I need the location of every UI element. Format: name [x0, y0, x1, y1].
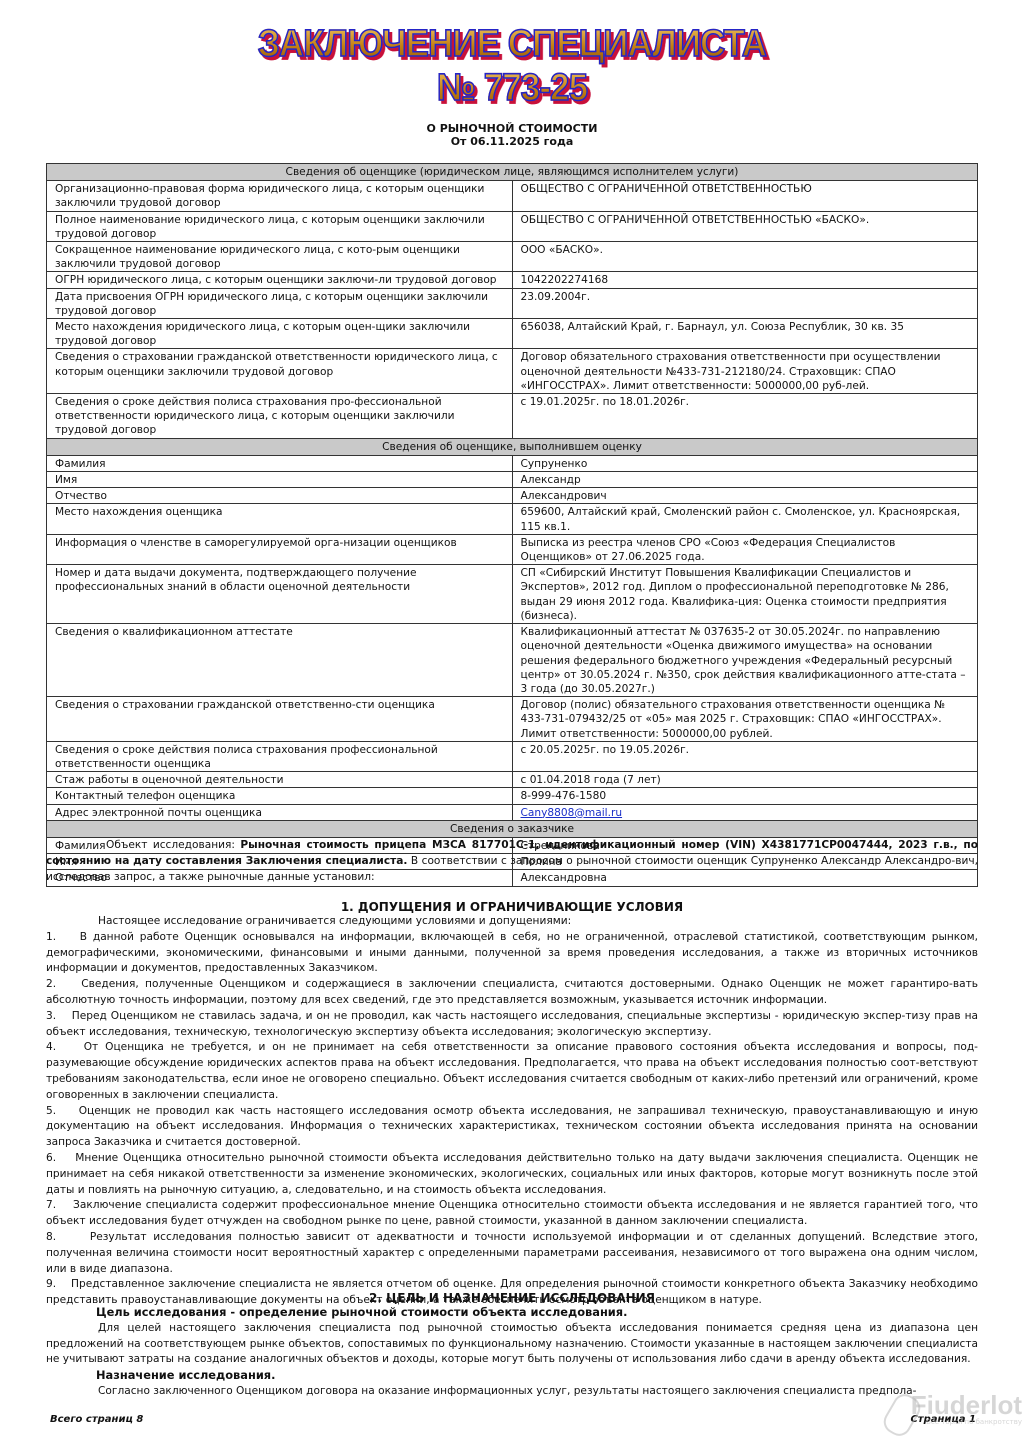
table-row: Номер и дата выдачи документа, подтвержд… — [47, 565, 978, 624]
table-row: Контактный телефон оценщика8-999-476-158… — [47, 788, 978, 804]
condition-item: 1. В данной работе Оценщик основывался н… — [46, 930, 978, 977]
row-label: Номер и дата выдачи документа, подтвержд… — [47, 565, 513, 624]
title-line-1: ЗАКЛЮЧЕНИЕ СПЕЦИАЛИСТА — [41, 22, 983, 66]
watermark-tagline: Все торги по банкротству — [911, 1418, 1022, 1427]
document-title: ЗАКЛЮЧЕНИЕ СПЕЦИАЛИСТА № 773-25 — [0, 22, 1024, 110]
condition-item: 6. Мнение Оценщика относительно рыночной… — [46, 1151, 978, 1198]
table-row: Сокращенное наименование юридического ли… — [47, 242, 978, 272]
row-value: Супруненко — [512, 455, 978, 471]
row-value: 659600, Алтайский край, Смоленский район… — [512, 504, 978, 534]
row-value: ОБЩЕСТВО С ОГРАНИЧЕННОЙ ОТВЕТСТВЕННОСТЬЮ… — [512, 211, 978, 241]
table-row: Место нахождения оценщика659600, Алтайск… — [47, 504, 978, 534]
goal-text: Для целей настоящего заключения специали… — [46, 1321, 978, 1368]
section-header-row: Сведения о заказчике — [47, 820, 978, 837]
row-label: Место нахождения юридического лица, с ко… — [47, 319, 513, 349]
table-row: ФамилияСупруненко — [47, 455, 978, 471]
row-label: Информация о членстве в саморегулируемой… — [47, 534, 513, 564]
watermark: Fiuderlot Все торги по банкротству — [911, 1392, 1022, 1427]
condition-item: 4. От Оценщика не требуется, и он не при… — [46, 1040, 978, 1103]
table-row: Информация о членстве в саморегулируемой… — [47, 534, 978, 564]
table-row: Стаж работы в оценочной деятельностис 01… — [47, 772, 978, 788]
row-label: Организационно-правовая форма юридическо… — [47, 181, 513, 211]
condition-item: 5. Оценщик не проводил как часть настоящ… — [46, 1104, 978, 1151]
row-label: Отчество — [47, 488, 513, 504]
table-row: Сведения о сроке действия полиса страхов… — [47, 394, 978, 439]
row-value: Договор (полис) обязательного страховани… — [512, 697, 978, 742]
table-row: Организационно-правовая форма юридическо… — [47, 181, 978, 211]
table-row: Сведения о квалификационном аттестатеКва… — [47, 624, 978, 697]
table-row: Сведения о страховании гражданской ответ… — [47, 697, 978, 742]
row-value: с 20.05.2025г. по 19.05.2026г. — [512, 741, 978, 771]
purpose-text: Согласно заключенного Оценщиком договора… — [46, 1384, 978, 1400]
row-value: Квалификационный аттестат № 037635-2 от … — [512, 624, 978, 697]
table-row: ОтчествоАлександрович — [47, 488, 978, 504]
row-label: Сведения о страховании гражданской ответ… — [47, 697, 513, 742]
watermark-brand: Fiuderlot — [911, 1392, 1022, 1418]
section-1-body: Настоящее исследование ограничивается сл… — [46, 914, 978, 1309]
table-row: Адрес электронной почты оценщикаCany8808… — [47, 804, 978, 820]
condition-item: 3. Перед Оценщиком не ставилась задача, … — [46, 1009, 978, 1041]
section-1-lead: Настоящее исследование ограничивается сл… — [46, 914, 978, 930]
table-row: ОГРН юридического лица, с которым оценщи… — [47, 272, 978, 288]
research-object-paragraph: Объект исследования: Рыночная стоимость … — [46, 838, 978, 885]
row-value: 1042202274168 — [512, 272, 978, 288]
row-label: Сокращенное наименование юридического ли… — [47, 242, 513, 272]
title-line-2: № 773-25 — [41, 66, 983, 110]
row-label: Адрес электронной почты оценщика — [47, 804, 513, 820]
info-table: Сведения об оценщике (юридическом лице, … — [46, 163, 978, 887]
goal-heading: Цель исследования - определение рыночной… — [46, 1305, 978, 1321]
total-pages: Всего страниц 8 — [50, 1414, 143, 1425]
row-value: с 01.04.2018 года (7 лет) — [512, 772, 978, 788]
row-value: 8-999-476-1580 — [512, 788, 978, 804]
table-row: ИмяАлександр — [47, 472, 978, 488]
condition-item: 7. Заключение специалиста содержит профе… — [46, 1198, 978, 1230]
row-label: Сведения о сроке действия полиса страхов… — [47, 394, 513, 439]
row-value: Выписка из реестра членов СРО «Союз «Фед… — [512, 534, 978, 564]
row-value: Александр — [512, 472, 978, 488]
row-label: Контактный телефон оценщика — [47, 788, 513, 804]
row-value: Александрович — [512, 488, 978, 504]
row-value: ООО «БАСКО». — [512, 242, 978, 272]
row-label: Дата присвоения ОГРН юридического лица, … — [47, 288, 513, 318]
email-link[interactable]: Cany8808@mail.ru — [521, 807, 623, 819]
row-value: 23.09.2004г. — [512, 288, 978, 318]
row-value: 656038, Алтайский Край, г. Барнаул, ул. … — [512, 319, 978, 349]
row-label: Имя — [47, 472, 513, 488]
condition-item: 8. Результат исследования полностью зави… — [46, 1230, 978, 1277]
condition-item: 2. Сведения, полученные Оценщиком и соде… — [46, 977, 978, 1009]
row-value: Договор обязательного страхования ответс… — [512, 349, 978, 394]
subtitle: О РЫНОЧНОЙ СТОИМОСТИ — [0, 122, 1024, 135]
date-line: От 06.11.2025 года — [0, 135, 1024, 148]
section-header: Сведения о заказчике — [47, 820, 978, 837]
section-header: Сведения об оценщике, выполнившем оценку — [47, 438, 978, 455]
table-row: Полное наименование юридического лица, с… — [47, 211, 978, 241]
table-row: Сведения о страховании гражданской ответ… — [47, 349, 978, 394]
row-label: Сведения о страховании гражданской ответ… — [47, 349, 513, 394]
row-value: СП «Сибирский Институт Повышения Квалифи… — [512, 565, 978, 624]
row-label: Сведения о квалификационном аттестате — [47, 624, 513, 697]
section-2-body: Цель исследования - определение рыночной… — [46, 1305, 978, 1400]
section-header-row: Сведения об оценщике, выполнившем оценку — [47, 438, 978, 455]
row-value: Cany8808@mail.ru — [512, 804, 978, 820]
row-label: ОГРН юридического лица, с которым оценщи… — [47, 272, 513, 288]
row-label: Стаж работы в оценочной деятельности — [47, 772, 513, 788]
row-label: Сведения о сроке действия полиса страхов… — [47, 741, 513, 771]
row-label: Место нахождения оценщика — [47, 504, 513, 534]
section-header: Сведения об оценщике (юридическом лице, … — [47, 164, 978, 181]
purpose-heading: Назначение исследования. — [46, 1368, 978, 1384]
intro-label: Объект исследования: — [106, 839, 240, 851]
section-1-title: 1. ДОПУЩЕНИЯ И ОГРАНИЧИВАЮЩИЕ УСЛОВИЯ — [0, 900, 1024, 914]
table-row: Сведения о сроке действия полиса страхов… — [47, 741, 978, 771]
table-row: Дата присвоения ОГРН юридического лица, … — [47, 288, 978, 318]
row-label: Полное наименование юридического лица, с… — [47, 211, 513, 241]
row-label: Фамилия — [47, 455, 513, 471]
row-value: ОБЩЕСТВО С ОГРАНИЧЕННОЙ ОТВЕТСТВЕННОСТЬЮ — [512, 181, 978, 211]
section-2-title: 2. ЦЕЛЬ И НАЗНАЧЕНИЕ ИССЛЕДОВАНИЯ — [0, 1291, 1024, 1305]
table-row: Место нахождения юридического лица, с ко… — [47, 319, 978, 349]
section-header-row: Сведения об оценщике (юридическом лице, … — [47, 164, 978, 181]
row-value: с 19.01.2025г. по 18.01.2026г. — [512, 394, 978, 439]
